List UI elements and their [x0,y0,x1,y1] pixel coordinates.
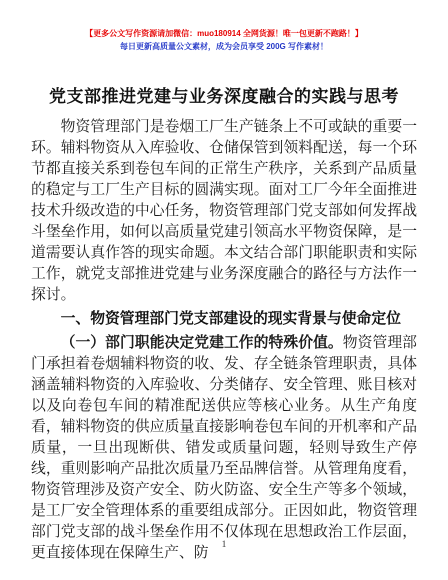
document-title: 党支部推进党建与业务深度融合的实践与思考 [31,85,417,108]
promo-line-red: 【更多公文写作资源请加微信：muo180914 全网货源！唯一包更新不跑路！】 [31,27,417,40]
document-page: 【更多公文写作资源请加微信：muo180914 全网货源！唯一包更新不跑路！】 … [0,0,448,580]
section-heading-1: 一、物资管理部门党支部建设的现实背景与使命定位 [31,309,417,330]
promo-header: 【更多公文写作资源请加微信：muo180914 全网货源！唯一包更新不跑路！】 … [31,27,417,53]
subheading-lead: （一）部门职能决定党建工作的特殊价值。 [61,335,343,351]
paragraph-body-text: 物资管理部门承担着卷烟辅料物资的收、发、存全链条管理职责，具体涵盖辅料物资的入库… [31,335,417,561]
page-number: 1 [0,540,448,550]
paragraph-intro: 物资管理部门是卷烟工厂生产链条上不可或缺的重要一环。辅料物资从入库验收、仓储保管… [31,117,417,306]
paragraph-section-1-1: （一）部门职能决定党建工作的特殊价值。物资管理部门承担着卷烟辅料物资的收、发、存… [31,333,417,564]
promo-line-blue: 每日更新高质量公文素材，成为会员享受 200G 写作素材！ [31,40,417,53]
